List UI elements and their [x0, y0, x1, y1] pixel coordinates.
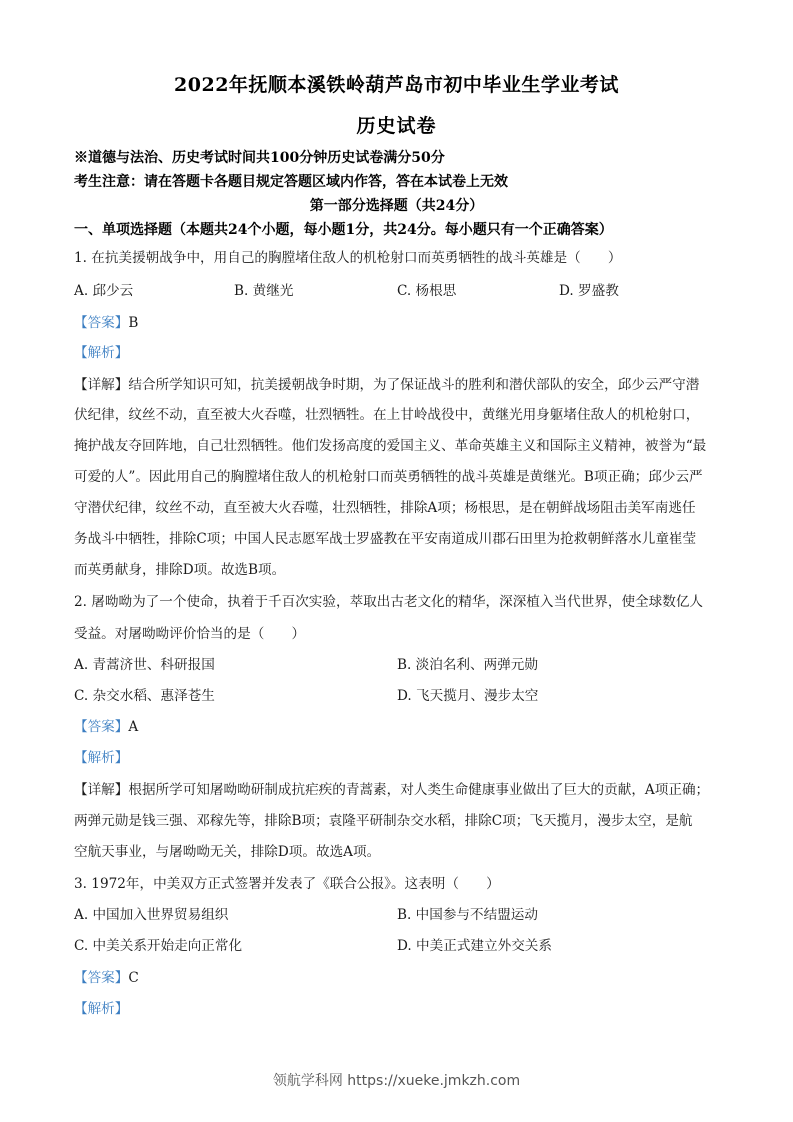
answer-value: C: [128, 970, 138, 986]
question-3-stem: 3. 1972年，中美双方正式签署并发表了《联合公报》。这表明（ ）: [74, 874, 500, 894]
answer-label: 【答案】: [74, 315, 128, 331]
exam-title: 2022年抚顺本溪铁岭葫芦岛市初中毕业生学业考试: [0, 70, 793, 97]
exam-time-note: ※道德与法治、历史考试时间共100分钟历史试卷满分50分: [74, 148, 445, 168]
answer-label: 【答案】: [74, 970, 128, 986]
question-3-answer: 【答案】C: [74, 968, 139, 988]
question-1-option-d: D. 罗盛教: [559, 281, 619, 301]
question-1-option-a: A. 邱少云: [74, 281, 133, 301]
question-1-option-c: C. 杨根思: [397, 281, 456, 301]
question-2-stem: 2. 屠呦呦为了一个使命，执着于千百次实验，萃取出古老文化的精华，深深植入当代世…: [74, 592, 703, 612]
question-2-option-d: D. 飞天揽月、漫步太空: [397, 686, 538, 706]
question-2-detail-line: 【详解】根据所学可知屠呦呦研制成抗疟疾的青蒿素，对人类生命健康事业做出了巨大的贡…: [74, 780, 709, 800]
exam-page: 2022年抚顺本溪铁岭葫芦岛市初中毕业生学业考试 历史试卷 ※道德与法治、历史考…: [0, 0, 793, 1122]
question-3-option-d: D. 中美正式建立外交关系: [397, 936, 552, 956]
answer-label: 【答案】: [74, 719, 128, 735]
exam-subtitle: 历史试卷: [0, 111, 793, 138]
question-2-option-a: A. 青蒿济世、科研报国: [74, 655, 215, 675]
question-1-stem: 1. 在抗美援朝战争中，用自己的胸膛堵住敌人的机枪射口而英勇牺牲的战斗英雄是（ …: [74, 248, 621, 268]
question-3-option-a: A. 中国加入世界贸易组织: [74, 905, 228, 925]
detail-label: 【详解】: [74, 782, 128, 798]
question-2-answer: 【答案】A: [74, 717, 138, 737]
question-1-detail-line: 伏纪律，纹丝不动，直至被大火吞噬，壮烈牺牲。在上甘岭战役中，黄继光用身躯堵住敌人…: [74, 405, 699, 425]
question-1-option-b: B. 黄继光: [234, 281, 293, 301]
question-1-detail-line: 而英勇献身，排除D项。故选B项。: [74, 560, 285, 580]
question-2-detail-line: 空航天事业，与屠呦呦无关，排除D项。故选A项。: [74, 842, 380, 862]
analysis-label: 【解析】: [74, 343, 128, 363]
footer-watermark: 领航学科网 https://xueke.jmkzh.com: [0, 1070, 793, 1090]
question-1-detail-line: 务战斗中牺牲，排除C项；中国人民志愿军战士罗盛教在平安南道成川郡石田里为抢救朝鲜…: [74, 529, 696, 549]
question-2-option-c: C. 杂交水稻、惠泽苍生: [74, 686, 215, 706]
analysis-label: 【解析】: [74, 999, 128, 1019]
candidate-notice: 考生注意：请在答题卡各题目规定答题区域内作答，答在本试卷上无效: [74, 172, 508, 192]
answer-value: B: [128, 315, 138, 331]
question-3-option-c: C. 中美关系开始走向正常化: [74, 936, 242, 956]
question-2-option-b: B. 淡泊名利、两弹元勋: [397, 655, 538, 675]
part-title: 第一部分选择题（共24分）: [0, 196, 793, 216]
question-1-answer: 【答案】B: [74, 313, 138, 333]
question-3-option-b: B. 中国参与不结盟运动: [397, 905, 538, 925]
question-1-detail-line: 守潜伏纪律，纹丝不动，直至被大火吞噬，壮烈牺牲，排除A项；杨根思，是在朝鲜战场阻…: [74, 498, 696, 518]
detail-label: 【详解】: [74, 377, 128, 393]
analysis-label: 【解析】: [74, 748, 128, 768]
answer-value: A: [128, 719, 138, 735]
question-2-stem: 受益。对屠呦呦评价恰当的是（ ）: [74, 624, 305, 644]
question-1-detail-line: 可爱的人”。因此用自己的胸膛堵住敌人的机枪射口而英勇牺牲的战斗英雄是黄继光。B项…: [74, 467, 703, 487]
question-2-detail-line: 两弹元勋是钱三强、邓稼先等，排除B项；袁隆平研制杂交水稻，排除C项；飞天揽月，漫…: [74, 811, 693, 831]
question-1-detail-line: 【详解】结合所学知识可知，抗美援朝战争时期，为了保证战斗的胜利和潜伏部队的安全，…: [74, 375, 699, 395]
section-title: 一、单项选择题（本题共24个小题，每小题1分，共24分。每小题只有一个正确答案）: [74, 220, 613, 240]
question-1-detail-line: 掩护战友夺回阵地，自己壮烈牺牲。他们发扬高度的爱国主义、革命英雄主义和国际主义精…: [74, 436, 706, 456]
